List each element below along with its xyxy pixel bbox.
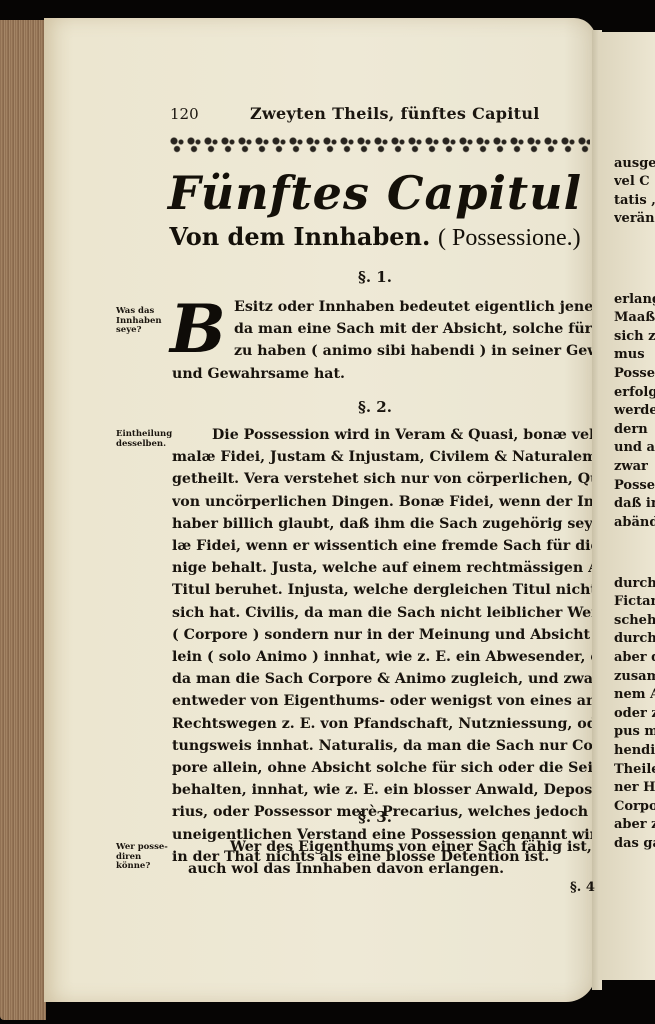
text-line bbox=[614, 272, 655, 291]
margin-note-line: seye? bbox=[116, 326, 176, 336]
text-line: nige behalt. Justa, welche auf einem rec… bbox=[172, 557, 592, 579]
text-line: Maaß bbox=[614, 309, 655, 328]
margin-note-line: desselben. bbox=[116, 440, 176, 450]
text-line: Posses bbox=[614, 365, 655, 384]
text-line: von uncörperlichen Dingen. Bonæ Fidei, w… bbox=[172, 491, 592, 513]
running-head: 120 Zweyten Theils, fünftes Capitul bbox=[170, 104, 590, 123]
page-number: 120 bbox=[170, 105, 250, 123]
section-1-text: Esitz oder Innhaben bedeutet eigentlich … bbox=[172, 296, 592, 385]
text-line: Titul beruhet. Injusta, welche dergleich… bbox=[172, 579, 592, 601]
text-line: durch, bbox=[614, 630, 655, 649]
text-line: und Gewahrsame hat. bbox=[172, 363, 592, 385]
book-scan: 120 Zweyten Theils, fünftes Capitul Fünf… bbox=[0, 0, 655, 1024]
section-2-text: Die Possession wird in Veram & Quasi, bo… bbox=[172, 424, 592, 868]
text-line: sich hat. Civilis, da man die Sach nicht… bbox=[172, 602, 592, 624]
text-line: læ Fidei, wenn er wissentich eine fremde… bbox=[172, 535, 592, 557]
text-line: ausge bbox=[614, 155, 655, 174]
chapter-subtitle-german: Von dem Innhaben. bbox=[169, 222, 430, 251]
text-line: werden bbox=[614, 402, 655, 421]
section-heading-3: §. 3. bbox=[150, 808, 600, 826]
text-line: tatis , bbox=[614, 192, 655, 211]
text-line: getheilt. Vera verstehet sich nur von cö… bbox=[172, 468, 592, 490]
text-line: schehen bbox=[614, 612, 655, 631]
text-line: aber d bbox=[614, 649, 655, 668]
text-line bbox=[614, 556, 655, 575]
text-line: pus m bbox=[614, 723, 655, 742]
text-line: da man die Sach Corpore & Animo zugleich… bbox=[172, 668, 592, 690]
section-3-text: Wer des Eigenthums von einer Sach fähig … bbox=[172, 836, 592, 880]
section-heading-1: §. 1. bbox=[150, 268, 600, 286]
text-line: Posses bbox=[614, 477, 655, 496]
text-line bbox=[614, 136, 655, 155]
text-line: aber z bbox=[614, 816, 655, 835]
text-line: ner H bbox=[614, 779, 655, 798]
text-line: Fictam bbox=[614, 593, 655, 612]
margin-note-3: Wer posse- diren könne? bbox=[116, 843, 176, 872]
text-line: zusamm bbox=[614, 668, 655, 687]
text-line: Theile bbox=[614, 761, 655, 780]
text-line: da man eine Sach mit der Absicht, solche… bbox=[172, 318, 592, 340]
margin-note-2: Eintheilung desselben. bbox=[116, 430, 176, 449]
text-line: vel C bbox=[614, 173, 655, 192]
page-edges-stack bbox=[0, 20, 46, 1020]
chapter-subtitle: Von dem Innhaben. ( Possessione.) bbox=[150, 222, 600, 252]
text-line: und an bbox=[614, 439, 655, 458]
text-line: hendi bbox=[614, 742, 655, 761]
text-line: erlang bbox=[614, 291, 655, 310]
text-line: Corpo bbox=[614, 798, 655, 817]
text-line: Die Possession wird in Veram & Quasi, bo… bbox=[172, 424, 592, 446]
text-line: sich zu bbox=[614, 328, 655, 347]
text-line: pore allein, ohne Absicht solche für sic… bbox=[172, 757, 592, 779]
text-line: auch wol das Innhaben davon erlangen. bbox=[172, 858, 592, 880]
text-line: oder zu bbox=[614, 705, 655, 724]
text-line: dern bbox=[614, 421, 655, 440]
text-line: Wer des Eigenthums von einer Sach fähig … bbox=[172, 836, 592, 858]
text-line: zu haben ( animo sibi habendi ) in seine… bbox=[172, 340, 592, 362]
text-line: ( Corpore ) sondern nur in der Meinung u… bbox=[172, 624, 592, 646]
text-line: Rechtswegen z. E. von Pfandschaft, Nutzn… bbox=[172, 713, 592, 735]
text-line: nem A bbox=[614, 686, 655, 705]
margin-note-line: diren könne? bbox=[116, 853, 176, 872]
text-line: das ga bbox=[614, 835, 655, 854]
text-line: mus bbox=[614, 346, 655, 365]
text-line: haber billich glaubt, daß ihm die Sach z… bbox=[172, 513, 592, 535]
text-line: Esitz oder Innhaben bedeutet eigentlich … bbox=[172, 296, 592, 318]
text-line: malæ Fidei, Justam & Injustam, Civilem &… bbox=[172, 446, 592, 468]
chapter-subtitle-latin: ( Possessione.) bbox=[438, 225, 581, 251]
ornament-border-icon bbox=[168, 134, 590, 158]
facing-page-block-1: ausge vel C tatis , veränd bbox=[614, 136, 655, 229]
text-line: zwar bbox=[614, 458, 655, 477]
section-heading-2: §. 2. bbox=[150, 398, 600, 416]
facing-page-block-3: durch Fictam schehen durch, aber d zusam… bbox=[614, 556, 655, 854]
chapter-title: Fünftes Capitul bbox=[150, 166, 600, 220]
text-line: durch bbox=[614, 575, 655, 594]
text-line: entweder von Eigenthums- oder wenigst vo… bbox=[172, 690, 592, 712]
text-line: behalten, innhat, wie z. E. ein blosser … bbox=[172, 779, 592, 801]
text-line: veränd bbox=[614, 210, 655, 229]
text-line: daß in bbox=[614, 495, 655, 514]
text-line: abände bbox=[614, 514, 655, 533]
catchword: §. 4 bbox=[570, 880, 595, 895]
text-line: tungsweis innhat. Naturalis, da man die … bbox=[172, 735, 592, 757]
text-line: erfolge bbox=[614, 384, 655, 403]
running-head-title: Zweyten Theils, fünftes Capitul bbox=[250, 104, 540, 123]
facing-page-block-2: erlang Maaß sich zu mus Posses erfolge w… bbox=[614, 272, 655, 532]
margin-note-1: Was das Innhaben seye? bbox=[116, 307, 176, 336]
text-line: lein ( solo Animo ) innhat, wie z. E. ei… bbox=[172, 646, 592, 668]
